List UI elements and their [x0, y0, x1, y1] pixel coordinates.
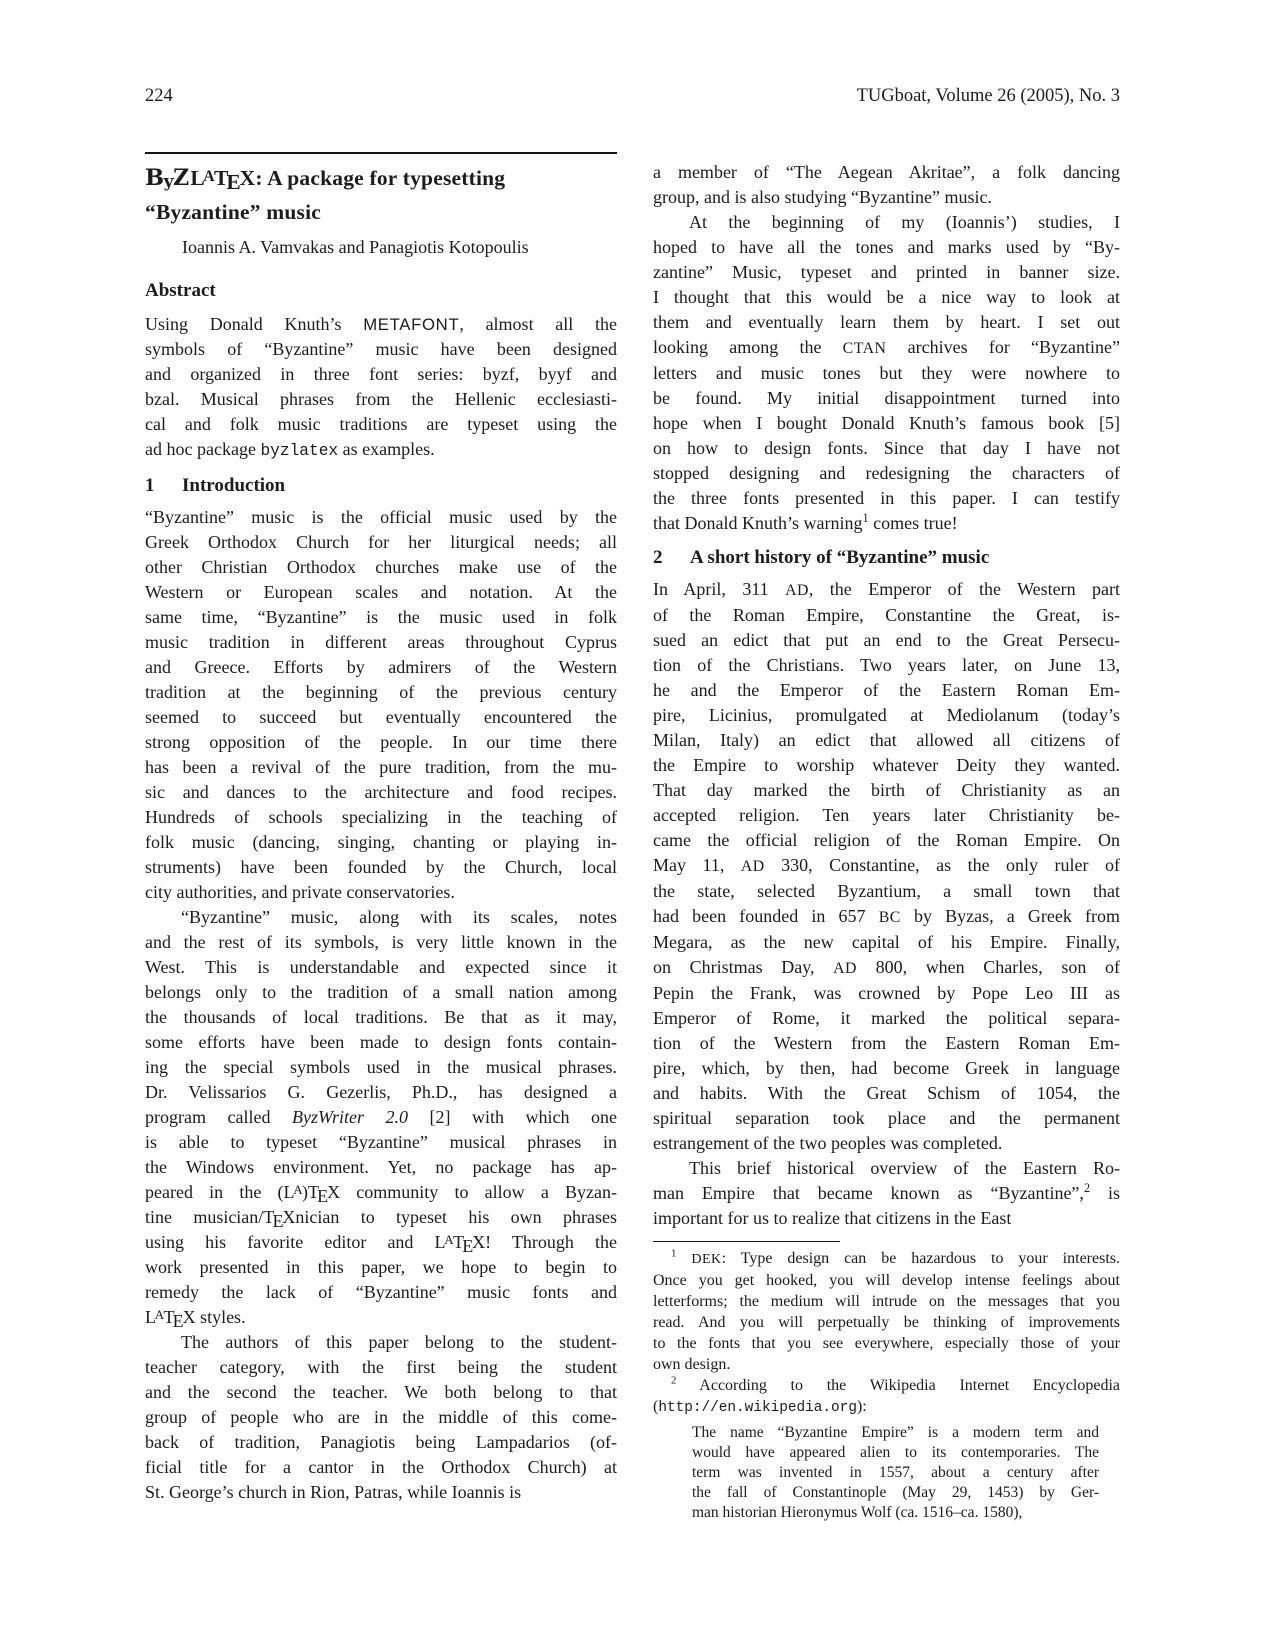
- footnote-line: 1 DEK: Type design can be hazardous to y…: [653, 1248, 1120, 1270]
- body-line: This brief historical overview of the Ea…: [653, 1156, 1120, 1181]
- body-line: St. George’s church in Rion, Patras, whi…: [145, 1480, 617, 1505]
- body-line: stopped designing and redesigning the ch…: [653, 461, 1120, 486]
- body-line: program called ByzWriter 2.0 [2] with wh…: [145, 1105, 617, 1130]
- body-line: man Empire that became known as “Byzanti…: [653, 1181, 1120, 1206]
- paragraph: This brief historical overview of the Ea…: [653, 1156, 1120, 1231]
- body-line: and the second the teacher. We both belo…: [145, 1380, 617, 1405]
- body-line: important for us to realize that citizen…: [653, 1206, 1120, 1231]
- paragraph: At the beginning of my (Ioannis’) studie…: [653, 210, 1120, 536]
- body-line: hoped to have all the tones and marks us…: [653, 235, 1120, 260]
- paragraph: The authors of this paper belong to the …: [145, 1330, 617, 1505]
- section-heading: 1Introduction: [145, 472, 617, 499]
- body-line: and organized in three font series: byzf…: [145, 362, 617, 387]
- text-segment: as examples.: [338, 439, 434, 459]
- paragraph: a member of “The Aegean Akritae”, a folk…: [653, 160, 1120, 210]
- body-line: seemed to succeed but eventually encount…: [145, 705, 617, 730]
- text-segment: X styles.: [183, 1307, 246, 1327]
- body-line: estrangement of the two peoples was comp…: [653, 1131, 1120, 1156]
- body-line: has been a revival of the pure tradition…: [145, 755, 617, 780]
- left-column: ByZLATEX: A package for typesetting“Byza…: [145, 152, 617, 1505]
- body-line: them and eventually learn them by heart.…: [653, 310, 1120, 335]
- body-line: city authorities, and private conservato…: [145, 880, 617, 905]
- body-line: Milan, Italy) an edict that allowed all …: [653, 728, 1120, 753]
- body-line: of the Roman Empire, Constantine the Gre…: [653, 603, 1120, 628]
- body-line: accepted religion. Ten years later Chris…: [653, 803, 1120, 828]
- body-line: ing the special symbols used in the musi…: [145, 1055, 617, 1080]
- body-line: West. This is understandable and expecte…: [145, 955, 617, 980]
- body-line: came the official religion of the Roman …: [653, 828, 1120, 853]
- page-header: 224 TUGboat, Volume 26 (2005), No. 3: [145, 86, 1120, 106]
- footnote-line: letterforms; the medium will intrude on …: [653, 1291, 1120, 1312]
- body-line: the thousands of local traditions. Be th…: [145, 1005, 617, 1030]
- body-line: sued an edict that put an end to the Gre…: [653, 628, 1120, 653]
- body-line: Dr. Velissarios G. Gezerlis, Ph.D., has …: [145, 1080, 617, 1105]
- body-line: The authors of this paper belong to the …: [145, 1330, 617, 1355]
- body-line: same time, “Byzantine” is the music used…: [145, 605, 617, 630]
- footnote-line: to the fonts that you see everywhere, es…: [653, 1333, 1120, 1354]
- text-segment: ):: [857, 1398, 867, 1415]
- body-line: LATEX styles.: [145, 1305, 617, 1330]
- text-segment: had been founded in 657: [653, 906, 879, 926]
- body-line: That day marked the birth of Christianit…: [653, 778, 1120, 803]
- body-line: Hundreds of schools specializing in the …: [145, 805, 617, 830]
- article-title-line: ByZLATEX: A package for typesetting: [145, 163, 617, 197]
- text-segment: , almost all the: [459, 314, 617, 334]
- section-title: A short history of “Byzantine” music: [690, 544, 989, 571]
- body-line: ad hoc package byzlatex as examples.: [145, 437, 617, 464]
- text-segment: X community to allow a Byzan-: [327, 1182, 617, 1202]
- text-segment: May 11,: [653, 855, 741, 875]
- body-line: Megara, as the new capital of his Empire…: [653, 930, 1120, 955]
- body-line: and Greece. Efforts by admirers of the W…: [145, 655, 617, 680]
- text-segment: ad hoc package: [145, 439, 260, 459]
- text-segment: looking among the: [653, 337, 843, 357]
- footnote-line: read. And you will perpetually be thinki…: [653, 1312, 1120, 1333]
- text-segment: Using Donald Knuth’s: [145, 314, 363, 334]
- text-segment: X: [240, 166, 256, 190]
- body-line: symbols of “Byzantine” music have been d…: [145, 337, 617, 362]
- quote-line: The name “Byzantine Empire” is a modern …: [692, 1423, 1099, 1443]
- body-line: he and the Emperor of the Eastern Roman …: [653, 678, 1120, 703]
- body-line: remedy the lack of “Byzantine” music fon…: [145, 1280, 617, 1305]
- two-column-body: ByZLATEX: A package for typesetting“Byza…: [145, 152, 1120, 1523]
- body-line: pire, Licinius, promulgated at Mediolanu…: [653, 703, 1120, 728]
- page-number: 224: [145, 86, 173, 106]
- section-title: Introduction: [182, 472, 285, 499]
- text-segment: is: [1090, 1183, 1120, 1203]
- styled-text-segment: METAFONT: [363, 315, 459, 334]
- body-line: group, and is also studying “Byzantine” …: [653, 185, 1120, 210]
- section-number: 1: [145, 472, 182, 499]
- text-segment: 800, when Charles, son of: [857, 957, 1120, 977]
- journal-reference: TUGboat, Volume 26 (2005), No. 3: [857, 86, 1120, 106]
- body-line: Western or European scales and notation.…: [145, 580, 617, 605]
- text-segment: using his favorite editor and L: [145, 1232, 446, 1252]
- text-segment: that Donald Knuth’s warning: [653, 513, 862, 533]
- text-segment: comes true!: [869, 513, 958, 533]
- body-line: using his favorite editor and LATEX! Thr…: [145, 1230, 617, 1255]
- block-quote: The name “Byzantine Empire” is a modern …: [653, 1423, 1120, 1523]
- section-heading: 2A short history of “Byzantine” music: [653, 544, 1120, 571]
- styled-text-segment: CTAN: [843, 340, 887, 357]
- styled-text-segment: http://en.wikipedia.org: [658, 1400, 857, 1416]
- body-line: strong opposition of the people. In our …: [145, 730, 617, 755]
- quote-line: term was invented in 1557, about a centu…: [692, 1463, 1099, 1483]
- body-line: bzal. Musical phrases from the Hellenic …: [145, 387, 617, 412]
- paragraph: Using Donald Knuth’s METAFONT, almost al…: [145, 312, 617, 464]
- body-line: pire, which, by then, had become Greek i…: [653, 1056, 1120, 1081]
- text-segment: [676, 1250, 691, 1267]
- body-line: hope when I bought Donald Knuth’s famous…: [653, 411, 1120, 436]
- body-line: “Byzantine” music is the official music …: [145, 505, 617, 530]
- footnote: 1 DEK: Type design can be hazardous to y…: [653, 1248, 1120, 1375]
- body-line: tradition at the beginning of the previo…: [145, 680, 617, 705]
- body-line: other Christian Orthodox churches make u…: [145, 555, 617, 580]
- paragraph: In April, 311 AD, the Emperor of the Wes…: [653, 577, 1120, 1156]
- body-line: folk music (dancing, singing, chanting o…: [145, 830, 617, 855]
- body-line: Emperor of Rome, it marked the political…: [653, 1006, 1120, 1031]
- body-line: sic and dances to the architecture and f…: [145, 780, 617, 805]
- body-line: on how to design fonts. Since that day I…: [653, 436, 1120, 461]
- text-segment: Xnician to typeset his own phrases: [282, 1207, 617, 1227]
- footnote-line: own design.: [653, 1354, 1120, 1375]
- styled-text-segment: B: [145, 165, 164, 191]
- body-line: back of tradition, Panagiotis being Lamp…: [145, 1430, 617, 1455]
- body-line: Greek Orthodox Church for her liturgical…: [145, 530, 617, 555]
- text-segment: In April, 311: [653, 579, 785, 599]
- authors-line: Ioannis A. Vamvakas and Panagiotis Kotop…: [145, 235, 617, 260]
- body-line: the state, selected Byzantium, a small t…: [653, 879, 1120, 904]
- body-line: on Christmas Day, AD 800, when Charles, …: [653, 955, 1120, 981]
- right-column: a member of “The Aegean Akritae”, a folk…: [653, 152, 1120, 1523]
- article-title-line: “Byzantine” music: [145, 197, 617, 227]
- body-line: the Windows environment. Yet, no package…: [145, 1155, 617, 1180]
- body-line: the three fonts presented in this paper.…: [653, 486, 1120, 511]
- text-segment: According to the Wikipedia Internet Ency…: [676, 1377, 1120, 1394]
- text-segment: : Type design can be hazardous to your i…: [722, 1250, 1120, 1267]
- body-line: looking among the CTAN archives for “Byz…: [653, 335, 1120, 361]
- body-line: group of people who are in the middle of…: [145, 1405, 617, 1430]
- text-segment: [2] with which one: [408, 1107, 617, 1127]
- body-line: “Byzantine” music, along with its scales…: [145, 905, 617, 930]
- paper-page: 224 TUGboat, Volume 26 (2005), No. 3 ByZ…: [0, 0, 1275, 1651]
- body-line: belongs only to the tradition of a small…: [145, 980, 617, 1005]
- body-line: spiritual separation took place and the …: [653, 1106, 1120, 1131]
- body-line: had been founded in 657 BC by Byzas, a G…: [653, 904, 1120, 930]
- body-line: is able to typeset “Byzantine” musical p…: [145, 1130, 617, 1155]
- footnote-rule: [653, 1241, 840, 1242]
- footnote-line: (http://en.wikipedia.org):: [653, 1396, 1120, 1419]
- body-line: tine musician/TEXnician to typeset his o…: [145, 1205, 617, 1230]
- body-line: I thought that this would be a nice way …: [653, 285, 1120, 310]
- styled-text-segment: AD: [741, 858, 765, 875]
- body-line: zantine” Music, typeset and printed in b…: [653, 260, 1120, 285]
- text-segment: peared in the (L: [145, 1182, 295, 1202]
- body-line: a member of “The Aegean Akritae”, a folk…: [653, 160, 1120, 185]
- body-line: May 11, AD 330, Constantine, as the only…: [653, 853, 1120, 879]
- footnote-line: Once you get hooked, you will develop in…: [653, 1270, 1120, 1291]
- footnote: 2 According to the Wikipedia Internet En…: [653, 1375, 1120, 1419]
- text-segment: program called: [145, 1107, 292, 1127]
- abstract-heading: Abstract: [145, 278, 617, 304]
- styled-text-segment: Z: [173, 165, 189, 191]
- body-line: some efforts have been made to design fo…: [145, 1030, 617, 1055]
- body-line: teacher category, with the first being t…: [145, 1355, 617, 1380]
- body-line: the Empire to worship whatever Deity the…: [653, 753, 1120, 778]
- footnote-line: 2 According to the Wikipedia Internet En…: [653, 1375, 1120, 1396]
- text-segment: archives for “Byzantine”: [886, 337, 1120, 357]
- body-line: Using Donald Knuth’s METAFONT, almost al…: [145, 312, 617, 337]
- text-segment: X! Through the: [472, 1232, 617, 1252]
- body-line: ficial title for a cantor in the Orthodo…: [145, 1455, 617, 1480]
- text-segment: : A package for typesetting: [255, 166, 505, 190]
- quote-line: man historian Hieronymus Wolf (ca. 1516–…: [692, 1503, 1099, 1523]
- text-segment: “Byzantine” music: [145, 200, 321, 224]
- title-rule: [145, 152, 617, 154]
- text-segment: on Christmas Day,: [653, 957, 833, 977]
- styled-text-segment: AD: [785, 582, 809, 599]
- paragraph: “Byzantine” music, along with its scales…: [145, 905, 617, 1330]
- body-line: be found. My initial disappointment turn…: [653, 386, 1120, 411]
- body-line: music tradition in different areas throu…: [145, 630, 617, 655]
- body-line: At the beginning of my (Ioannis’) studie…: [653, 210, 1120, 235]
- body-line: tion of the Western from the Eastern Rom…: [653, 1031, 1120, 1056]
- styled-text-segment: byzlatex: [260, 442, 338, 460]
- body-line: and habits. With the Great Schism of 105…: [653, 1081, 1120, 1106]
- body-line: that Donald Knuth’s warning1 comes true!: [653, 511, 1120, 536]
- body-line: letters and music tones but they were no…: [653, 361, 1120, 386]
- text-segment: by Byzas, a Greek from: [901, 906, 1120, 926]
- quote-line: the fall of Constantinople (May 29, 1453…: [692, 1483, 1099, 1503]
- paragraph: “Byzantine” music is the official music …: [145, 505, 617, 905]
- article-title: ByZLATEX: A package for typesetting“Byza…: [145, 163, 617, 227]
- section-number: 2: [653, 544, 690, 571]
- text-segment: , the Emperor of the Western part: [809, 579, 1120, 599]
- body-line: work presented in this paper, we hope to…: [145, 1255, 617, 1280]
- styled-text-segment: BC: [879, 909, 901, 926]
- body-line: cal and folk music traditions are typese…: [145, 412, 617, 437]
- body-line: In April, 311 AD, the Emperor of the Wes…: [653, 577, 1120, 603]
- styled-text-segment: AD: [833, 960, 857, 977]
- body-line: struments) have been founded by the Chur…: [145, 855, 617, 880]
- text-segment: tine musician/T: [145, 1207, 274, 1227]
- body-line: tion of the Christians. Two years later,…: [653, 653, 1120, 678]
- styled-text-segment: ByzWriter 2.0: [292, 1107, 408, 1127]
- body-line: and the rest of its symbols, is very lit…: [145, 930, 617, 955]
- text-segment: 330, Constantine, as the only ruler of: [765, 855, 1120, 875]
- quote-line: would have appeared alien to its contemp…: [692, 1443, 1099, 1463]
- text-segment: man Empire that became known as “Byzanti…: [653, 1183, 1084, 1203]
- styled-text-segment: DEK: [691, 1251, 721, 1267]
- body-line: peared in the (LA)TEX community to allow…: [145, 1180, 617, 1205]
- body-line: Pepin the Frank, was crowned by Pope Leo…: [653, 981, 1120, 1006]
